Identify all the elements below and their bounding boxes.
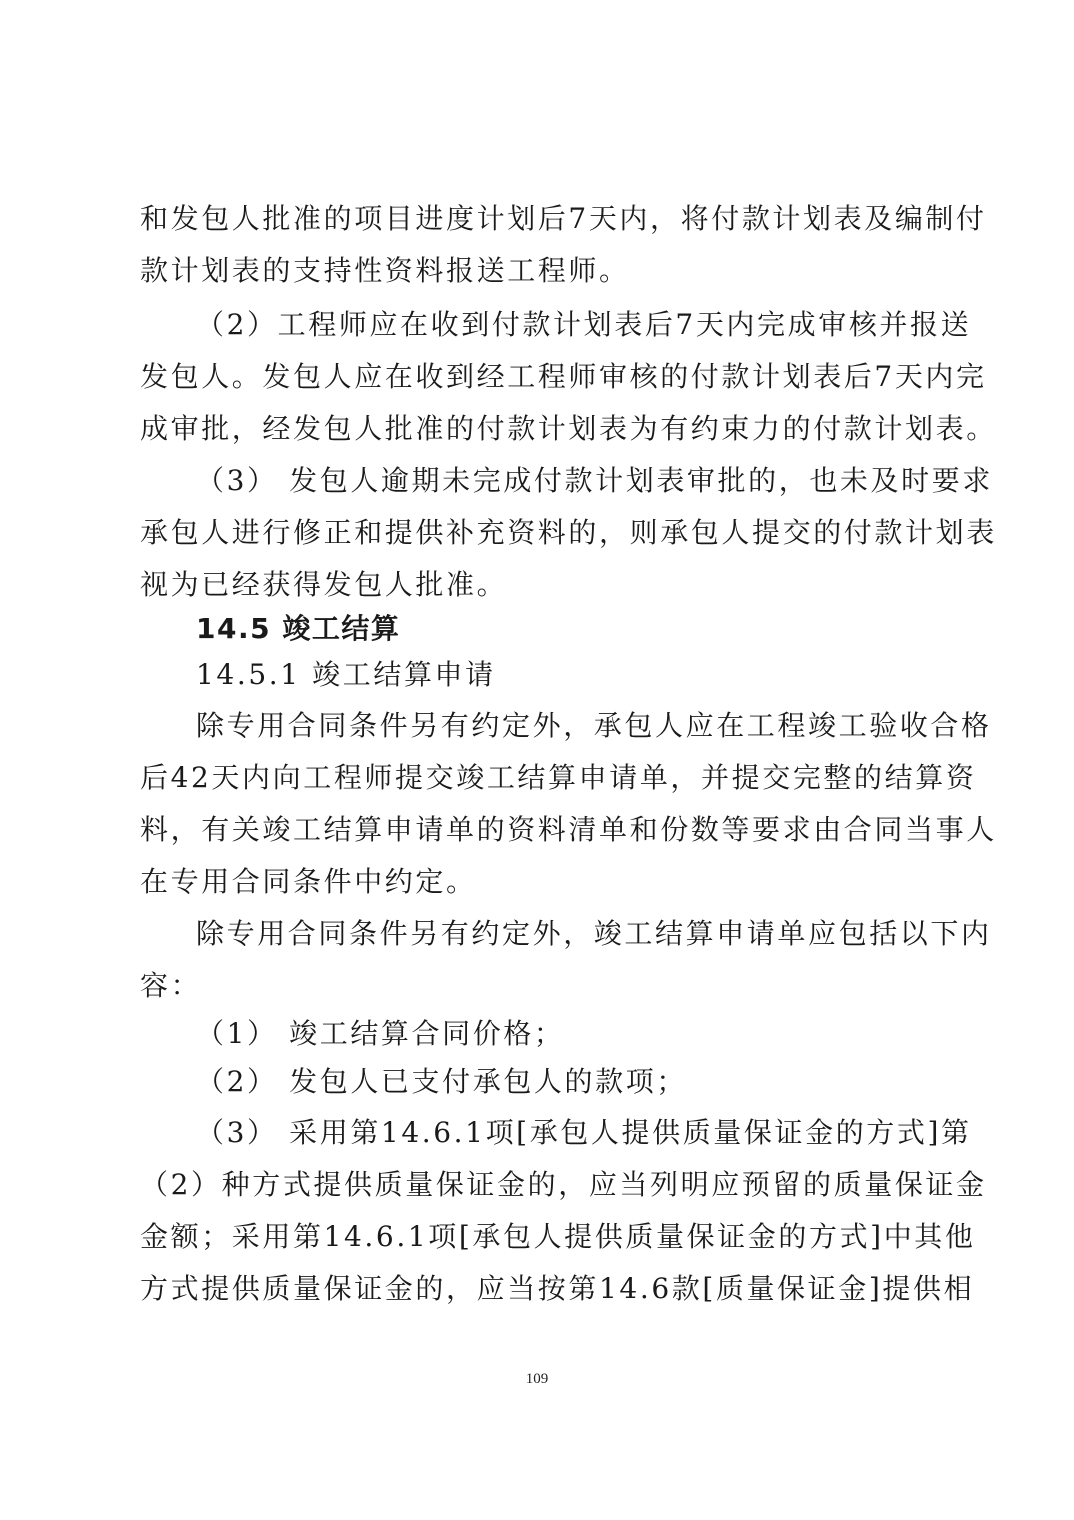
page-number: 109: [0, 1371, 1074, 1388]
list-item-1: （1） 竣工结算合同价格；: [196, 1016, 940, 1052]
body-text-line: 在专用合同条件中约定。: [140, 864, 940, 900]
body-text-line: 款计划表的支持性资料报送工程师。: [140, 253, 940, 289]
body-text-line: 料，有关竣工结算申请单的资料清单和份数等要求由合同当事人: [140, 812, 940, 848]
body-text-line: 金额；采用第14.6.1项[承包人提供质量保证金的方式]中其他: [140, 1219, 940, 1255]
body-text-line: （2）种方式提供质量保证金的，应当列明应预留的质量保证金: [140, 1167, 940, 1203]
list-item-3: （3） 采用第14.6.1项[承包人提供质量保证金的方式]第: [196, 1115, 940, 1151]
list-item-2: （2）工程师应在收到付款计划表后7天内完成审核并报送: [196, 307, 940, 343]
body-text-line: 视为已经获得发包人批准。: [140, 567, 940, 603]
list-item-3: （3） 发包人逾期未完成付款计划表审批的，也未及时要求: [196, 463, 940, 499]
section-heading: 14.5 竣工结算: [196, 611, 940, 647]
body-text-line: 除专用合同条件另有约定外，竣工结算申请单应包括以下内: [196, 916, 940, 952]
body-text-line: 和发包人批准的项目进度计划后7天内，将付款计划表及编制付: [140, 201, 940, 237]
document-page: 和发包人批准的项目进度计划后7天内，将付款计划表及编制付 款计划表的支持性资料报…: [0, 0, 1074, 1520]
body-text-line: 方式提供质量保证金的，应当按第14.6款[质量保证金]提供相: [140, 1271, 940, 1307]
body-text-line: 成审批，经发包人批准的付款计划表为有约束力的付款计划表。: [140, 411, 940, 447]
body-text-line: 除专用合同条件另有约定外，承包人应在工程竣工验收合格: [196, 708, 940, 744]
body-text-line: 后42天内向工程师提交竣工结算申请单，并提交完整的结算资: [140, 760, 940, 796]
body-text-line: 容：: [140, 968, 940, 1004]
list-item-2: （2） 发包人已支付承包人的款项；: [196, 1064, 940, 1100]
subsection-heading: 14.5.1 竣工结算申请: [196, 657, 940, 693]
body-text-line: 发包人。发包人应在收到经工程师审核的付款计划表后7天内完: [140, 359, 940, 395]
body-text-line: 承包人进行修正和提供补充资料的，则承包人提交的付款计划表: [140, 515, 940, 551]
